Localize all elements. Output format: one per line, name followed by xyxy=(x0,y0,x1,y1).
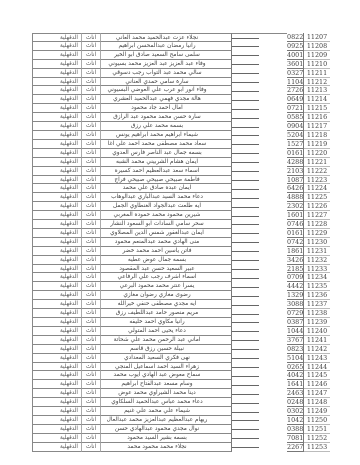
code-cell: 2302 xyxy=(287,202,304,211)
gender-cell: اناث xyxy=(82,425,101,434)
governorate-cell: الدقهلية xyxy=(32,78,82,87)
code-cell: 3601 xyxy=(287,60,304,69)
empty-cell xyxy=(232,398,287,407)
empty-cell xyxy=(232,122,287,131)
empty-cell xyxy=(232,104,287,113)
gender-cell: اناث xyxy=(82,416,101,425)
code-cell: 0649 xyxy=(287,95,304,104)
name-cell: اماني عبد الرحمن محمد علي شحاتة xyxy=(101,336,232,345)
table-row: الدقهلية اناث وفاء انور ابو عرب علي العو… xyxy=(32,86,330,95)
name-cell: رانيا رمضان عبدالمحسن ابراهيم xyxy=(101,42,232,51)
gender-cell: اناث xyxy=(82,113,101,122)
id-cell: 11214 xyxy=(304,95,330,104)
gender-cell: اناث xyxy=(82,51,101,60)
empty-cell xyxy=(232,229,287,238)
gender-cell: اناث xyxy=(82,69,101,78)
name-cell: شيماء علي محمد علي غنيم xyxy=(101,407,232,416)
governorate-cell: الدقهلية xyxy=(32,389,82,398)
name-cell: اسماء اشرف رجب علي الرفاعي xyxy=(101,273,232,282)
id-cell: 11252 xyxy=(304,434,330,443)
empty-cell xyxy=(232,149,287,158)
table-row: الدقهلية اناث شيرين محمود محمد حموده الم… xyxy=(32,211,330,220)
governorate-cell: الدقهلية xyxy=(32,416,82,425)
code-cell: 3088 xyxy=(287,300,304,309)
code-cell: 0302 xyxy=(287,407,304,416)
gender-cell: اناث xyxy=(82,363,101,372)
governorate-cell: الدقهلية xyxy=(32,291,82,300)
name-cell: رضوى مغازي رضوان مغازي xyxy=(101,291,232,300)
empty-cell xyxy=(232,425,287,434)
governorate-cell: الدقهلية xyxy=(32,176,82,185)
gender-cell: اناث xyxy=(82,176,101,185)
empty-cell xyxy=(232,336,287,345)
gender-cell: اناث xyxy=(82,131,101,140)
governorate-cell: الدقهلية xyxy=(32,42,82,51)
id-cell: 11207 xyxy=(304,33,330,42)
governorate-cell: الدقهلية xyxy=(32,273,82,282)
id-cell: 11217 xyxy=(304,122,330,131)
governorate-cell: الدقهلية xyxy=(32,86,82,95)
table-row: الدقهلية اناث ريهام عبدالعظيم عبدالعزيز … xyxy=(32,416,330,425)
empty-cell xyxy=(232,238,287,247)
governorate-cell: الدقهلية xyxy=(32,184,82,193)
id-cell: 11210 xyxy=(304,60,330,69)
name-cell: سالي محمد عبد التواب رجب دسوقي xyxy=(101,69,232,78)
id-cell: 11235 xyxy=(304,282,330,291)
code-cell: 4042 xyxy=(287,371,304,380)
table-row: الدقهلية اناث نهى فكري السعيد المعدادي 5… xyxy=(32,354,330,363)
governorate-cell: الدقهلية xyxy=(32,167,82,176)
governorate-cell: الدقهلية xyxy=(32,193,82,202)
empty-cell xyxy=(232,300,287,309)
name-cell: نوال مجدي محمود عبدالهادي حسن xyxy=(101,425,232,434)
table-row: الدقهلية اناث زهراء السيد احمد اسماعيل ا… xyxy=(32,363,330,372)
id-cell: 11209 xyxy=(304,51,330,60)
table-row: الدقهلية اناث بسمه محمد علي رزق 0904 112… xyxy=(32,122,330,131)
empty-cell xyxy=(232,389,287,398)
table-row: الدقهلية اناث ايه مجدي مصطفى حنفي خيرالل… xyxy=(32,300,330,309)
code-cell: 0742 xyxy=(287,238,304,247)
id-cell: 11223 xyxy=(304,176,330,185)
id-cell: 11221 xyxy=(304,158,330,167)
name-cell: نجلاء عزت عبدالحميد محمد العاني xyxy=(101,33,232,42)
table-row: الدقهلية اناث فاطمة صبيحي صبيحي صبيحي فر… xyxy=(32,176,330,185)
governorate-cell: الدقهلية xyxy=(32,371,82,380)
name-cell: سحر سامي السادات ابو السعود النشار xyxy=(101,220,232,229)
gender-cell: اناث xyxy=(82,327,101,336)
governorate-cell: الدقهلية xyxy=(32,443,82,452)
table-row: الدقهلية اناث امال احمد جاد محمود 0721 1… xyxy=(32,104,330,113)
code-cell: 0388 xyxy=(287,425,304,434)
gender-cell: اناث xyxy=(82,140,101,149)
table-row: الدقهلية اناث منى الهادي محمد عبدالمنعم … xyxy=(32,238,330,247)
name-cell: نهى فكري السعيد المعدادي xyxy=(101,354,232,363)
name-cell: دعاء محمد عباس عبدالحميد السلكاوي xyxy=(101,398,232,407)
id-cell: 11240 xyxy=(304,327,330,336)
gender-cell: اناث xyxy=(82,443,101,452)
code-cell: 0822 xyxy=(287,33,304,42)
code-cell: 1601 xyxy=(287,211,304,220)
empty-cell xyxy=(232,282,287,291)
governorate-cell: الدقهلية xyxy=(32,140,82,149)
governorate-cell: الدقهلية xyxy=(32,380,82,389)
empty-cell xyxy=(232,95,287,104)
table-row: الدقهلية اناث شيماء ابراهيم محمد ابراهيم… xyxy=(32,131,330,140)
governorate-cell: الدقهلية xyxy=(32,327,82,336)
empty-cell xyxy=(232,60,287,69)
table-row: الدقهلية اناث دعاء محمد عباس عبدالحميد ا… xyxy=(32,398,330,407)
empty-cell xyxy=(232,69,287,78)
code-cell: 2726 xyxy=(287,86,304,95)
id-cell: 11236 xyxy=(304,291,330,300)
empty-cell xyxy=(232,51,287,60)
table-row: الدقهلية اناث اماني عبد الرحمن محمد علي … xyxy=(32,336,330,345)
gender-cell: اناث xyxy=(82,389,101,398)
name-cell: بسمه جمال عوض عطيه xyxy=(101,256,232,265)
empty-cell xyxy=(232,211,287,220)
gender-cell: اناث xyxy=(82,95,101,104)
code-cell: 1861 xyxy=(287,247,304,256)
governorate-cell: الدقهلية xyxy=(32,104,82,113)
id-cell: 11211 xyxy=(304,69,330,78)
governorate-cell: الدقهلية xyxy=(32,69,82,78)
table-row: الدقهلية اناث بسمه جمال عوض عطيه 3426 11… xyxy=(32,256,330,265)
code-cell: 0904 xyxy=(287,122,304,131)
table-row: الدقهلية اناث نبيلة حسين رزق قاسم 0823 1… xyxy=(32,345,330,354)
gender-cell: اناث xyxy=(82,345,101,354)
gender-cell: اناث xyxy=(82,309,101,318)
empty-cell xyxy=(232,407,287,416)
name-cell: امال احمد جاد محمود xyxy=(101,104,232,113)
gender-cell: اناث xyxy=(82,336,101,345)
empty-cell xyxy=(232,291,287,300)
governorate-cell: الدقهلية xyxy=(32,60,82,69)
code-cell: 0925 xyxy=(287,42,304,51)
code-cell: 0709 xyxy=(287,273,304,282)
empty-cell xyxy=(232,131,287,140)
table-row: الدقهلية اناث بسمه بشير السيد محمود 7081… xyxy=(32,434,330,443)
table-row: الدقهلية اناث سماح معوض عبد الهادي ايوب … xyxy=(32,371,330,380)
id-cell: 11237 xyxy=(304,300,330,309)
name-cell: فاتن ياسين احمد محمد خضر xyxy=(101,247,232,256)
governorate-cell: الدقهلية xyxy=(32,363,82,372)
governorate-cell: الدقهلية xyxy=(32,229,82,238)
name-cell: زهراء السيد احمد اسماعيل المنجي xyxy=(101,363,232,372)
governorate-cell: الدقهلية xyxy=(32,309,82,318)
empty-cell xyxy=(232,354,287,363)
id-cell: 11224 xyxy=(304,184,330,193)
table-row: الدقهلية اناث نجلاء عزت عبدالحميد محمد ا… xyxy=(32,33,330,42)
id-cell: 11249 xyxy=(304,407,330,416)
empty-cell xyxy=(232,416,287,425)
empty-cell xyxy=(232,256,287,265)
id-cell: 11242 xyxy=(304,345,330,354)
table-row: الدقهلية اناث رضوى مغازي رضوان مغازي 132… xyxy=(32,291,330,300)
name-cell: منى الهادي محمد عبدالمنعم محمود xyxy=(101,238,232,247)
gender-cell: اناث xyxy=(82,149,101,158)
name-cell: نجلاء محمد محمود محمد xyxy=(101,443,232,452)
name-cell: سارة سامي حمدي العناني xyxy=(101,78,232,87)
governorate-cell: الدقهلية xyxy=(32,265,82,274)
gender-cell: اناث xyxy=(82,256,101,265)
governorate-cell: الدقهلية xyxy=(32,398,82,407)
governorate-cell: الدقهلية xyxy=(32,247,82,256)
governorate-cell: الدقهلية xyxy=(32,95,82,104)
gender-cell: اناث xyxy=(82,238,101,247)
governorate-cell: الدقهلية xyxy=(32,256,82,265)
id-cell: 11251 xyxy=(304,425,330,434)
id-cell: 11229 xyxy=(304,229,330,238)
empty-cell xyxy=(232,193,287,202)
gender-cell: اناث xyxy=(82,184,101,193)
empty-cell xyxy=(232,247,287,256)
table-row: الدقهلية اناث وسام مسعد عبدالفتاح ابراهي… xyxy=(32,380,330,389)
table-row: الدقهلية اناث سلمى سامح السعيد صادق ابو … xyxy=(32,51,330,60)
code-cell: 2463 xyxy=(287,389,304,398)
code-cell: 6426 xyxy=(287,184,304,193)
empty-cell xyxy=(232,273,287,282)
governorate-cell: الدقهلية xyxy=(32,220,82,229)
id-cell: 11247 xyxy=(304,389,330,398)
name-cell: بسمه محمد علي رزق xyxy=(101,122,232,131)
name-cell: فاطمة صبيحي صبيحي صبيحي فراج xyxy=(101,176,232,185)
governorate-cell: الدقهلية xyxy=(32,211,82,220)
id-cell: 11243 xyxy=(304,354,330,363)
id-cell: 11231 xyxy=(304,247,330,256)
id-cell: 11220 xyxy=(304,149,330,158)
governorate-cell: الدقهلية xyxy=(32,202,82,211)
code-cell: 4442 xyxy=(287,282,304,291)
governorate-cell: الدقهلية xyxy=(32,51,82,60)
name-cell: بسمه جمال عبد الناصر فارس العدوي xyxy=(101,149,232,158)
table-row: الدقهلية اناث نجلاء محمد محمود محمد 2267… xyxy=(32,443,330,452)
table-row: الدقهلية اناث سالي محمد عبد التواب رجب د… xyxy=(32,69,330,78)
table-row: الدقهلية اناث اسماء اشرف رجب علي الرفاعي… xyxy=(32,273,330,282)
code-cell: 2267 xyxy=(287,443,304,452)
gender-cell: اناث xyxy=(82,122,101,131)
id-cell: 11246 xyxy=(304,380,330,389)
table-row: الدقهلية اناث نوال مجدي محمود عبدالهادي … xyxy=(32,425,330,434)
empty-cell xyxy=(232,184,287,193)
code-cell: 0585 xyxy=(287,113,304,122)
empty-cell xyxy=(232,318,287,327)
empty-cell xyxy=(232,113,287,122)
code-cell: 1527 xyxy=(287,140,304,149)
empty-cell xyxy=(232,140,287,149)
governorate-cell: الدقهلية xyxy=(32,300,82,309)
empty-cell xyxy=(232,167,287,176)
empty-cell xyxy=(232,158,287,167)
name-cell: يسرا عنتر محمد محمود البرعي xyxy=(101,282,232,291)
gender-cell: اناث xyxy=(82,220,101,229)
code-cell: 4001 xyxy=(287,51,304,60)
code-cell: 1044 xyxy=(287,327,304,336)
code-cell: 0729 xyxy=(287,309,304,318)
table-row: الدقهلية اناث ايمان هشام الشربيني محمد ا… xyxy=(32,158,330,167)
table-row: الدقهلية اناث رانيا مكاوي احمد خليفه 038… xyxy=(32,318,330,327)
id-cell: 11212 xyxy=(304,78,330,87)
gender-cell: اناث xyxy=(82,291,101,300)
empty-cell xyxy=(232,42,287,51)
name-cell: سماح معوض عبد الهادي ايوب محمد xyxy=(101,371,232,380)
governorate-cell: الدقهلية xyxy=(32,336,82,345)
governorate-cell: الدقهلية xyxy=(32,318,82,327)
name-cell: ريهام عبدالعظيم عبدالعزيز محمد عبدالعال xyxy=(101,416,232,425)
name-cell: مريم منصور حامد عبداللطيف رزق xyxy=(101,309,232,318)
code-cell: 1087 xyxy=(287,176,304,185)
gender-cell: اناث xyxy=(82,407,101,416)
empty-cell xyxy=(232,220,287,229)
governorate-cell: الدقهلية xyxy=(32,238,82,247)
name-cell: سعاد محمد مصطفى محمد احمد علي اغا xyxy=(101,140,232,149)
id-cell: 11219 xyxy=(304,140,330,149)
table-row: الدقهلية اناث دعاء محمد السيد عبدالباري … xyxy=(32,193,330,202)
code-cell: 0248 xyxy=(287,398,304,407)
name-cell: ساره حسن محمد محمود عبد الرازق xyxy=(101,113,232,122)
code-cell: 5204 xyxy=(287,131,304,140)
empty-cell xyxy=(232,33,287,42)
gender-cell: اناث xyxy=(82,60,101,69)
name-cell: نبيلة حسين رزق قاسم xyxy=(101,345,232,354)
id-cell: 11244 xyxy=(304,363,330,372)
gender-cell: اناث xyxy=(82,434,101,443)
code-cell: 0823 xyxy=(287,345,304,354)
code-cell: 0265 xyxy=(287,363,304,372)
gender-cell: اناث xyxy=(82,300,101,309)
governorate-cell: الدقهلية xyxy=(32,345,82,354)
name-cell: ايه طلعت عبدالجواد الغنطاوي الجمل xyxy=(101,202,232,211)
id-cell: 11213 xyxy=(304,86,330,95)
gender-cell: اناث xyxy=(82,282,101,291)
name-cell: شيرين محمود محمد حموده المغربي xyxy=(101,211,232,220)
name-cell: ايمان هشام الشربيني محمد الشبه xyxy=(101,158,232,167)
gender-cell: اناث xyxy=(82,33,101,42)
table-row: الدقهلية اناث هالة مجدي فهمي عبدالحميد ا… xyxy=(32,95,330,104)
records-table: الدقهلية اناث نجلاء عزت عبدالحميد محمد ا… xyxy=(32,33,330,452)
name-cell: سلمى سامح السعيد صادق ابو الخير xyxy=(101,51,232,60)
id-cell: 11245 xyxy=(304,371,330,380)
id-cell: 11248 xyxy=(304,398,330,407)
gender-cell: اناث xyxy=(82,193,101,202)
gender-cell: اناث xyxy=(82,78,101,87)
governorate-cell: الدقهلية xyxy=(32,113,82,122)
governorate-cell: الدقهلية xyxy=(32,122,82,131)
name-cell: ايمان عبدالغفور شمس الدين المصلاوي xyxy=(101,229,232,238)
code-cell: 0161 xyxy=(287,149,304,158)
table-row: الدقهلية اناث ايه طلعت عبدالجواد الغنطاو… xyxy=(32,202,330,211)
code-cell: 3767 xyxy=(287,336,304,345)
gender-cell: اناث xyxy=(82,229,101,238)
governorate-cell: الدقهلية xyxy=(32,149,82,158)
table-row: الدقهلية اناث مريم منصور حامد عبداللطيف … xyxy=(32,309,330,318)
gender-cell: اناث xyxy=(82,398,101,407)
gender-cell: اناث xyxy=(82,167,101,176)
gender-cell: اناث xyxy=(82,104,101,113)
gender-cell: اناث xyxy=(82,158,101,167)
table-row: الدقهلية اناث سارة سامي حمدي العناني 110… xyxy=(32,78,330,87)
code-cell: 1329 xyxy=(287,291,304,300)
gender-cell: اناث xyxy=(82,265,101,274)
table-row: الدقهلية اناث يسرا عنتر محمد محمود البرع… xyxy=(32,282,330,291)
code-cell: 4888 xyxy=(287,193,304,202)
code-cell: 0387 xyxy=(287,318,304,327)
code-cell: 0746 xyxy=(287,220,304,229)
code-cell: 4288 xyxy=(287,158,304,167)
code-cell: 0721 xyxy=(287,104,304,113)
name-cell: بسمه بشير السيد محمود xyxy=(101,434,232,443)
gender-cell: اناث xyxy=(82,318,101,327)
gender-cell: اناث xyxy=(82,273,101,282)
id-cell: 11250 xyxy=(304,416,330,425)
code-cell: 2185 xyxy=(287,265,304,274)
id-cell: 11226 xyxy=(304,202,330,211)
gender-cell: اناث xyxy=(82,371,101,380)
governorate-cell: الدقهلية xyxy=(32,158,82,167)
empty-cell xyxy=(232,380,287,389)
table-row: الدقهلية اناث ساره حسن محمد محمود عبد ال… xyxy=(32,113,330,122)
table-row: الدقهلية اناث عبير السعيد حسن عبد المقصو… xyxy=(32,265,330,274)
name-cell: وسام مسعد عبدالفتاح ابراهيم xyxy=(101,380,232,389)
code-cell: 1104 xyxy=(287,78,304,87)
empty-cell xyxy=(232,86,287,95)
governorate-cell: الدقهلية xyxy=(32,354,82,363)
name-cell: ايمان عبده صادق علي محمد xyxy=(101,184,232,193)
gender-cell: اناث xyxy=(82,86,101,95)
id-cell: 11215 xyxy=(304,104,330,113)
name-cell: عبير السعيد حسن عبد المقصود xyxy=(101,265,232,274)
code-cell: 3426 xyxy=(287,256,304,265)
table-row: الدقهلية اناث سعاد محمد مصطفى محمد احمد … xyxy=(32,140,330,149)
name-cell: اسماء سعد عبدالعظيم احمد كسيره xyxy=(101,167,232,176)
governorate-cell: الدقهلية xyxy=(32,131,82,140)
id-cell: 11228 xyxy=(304,220,330,229)
governorate-cell: الدقهلية xyxy=(32,33,82,42)
empty-cell xyxy=(232,371,287,380)
empty-cell xyxy=(232,363,287,372)
governorate-cell: الدقهلية xyxy=(32,434,82,443)
empty-cell xyxy=(232,265,287,274)
gender-cell: اناث xyxy=(82,211,101,220)
code-cell: 0327 xyxy=(287,69,304,78)
id-cell: 11239 xyxy=(304,318,330,327)
id-cell: 11241 xyxy=(304,336,330,345)
gender-cell: اناث xyxy=(82,354,101,363)
empty-cell xyxy=(232,345,287,354)
table-row: الدقهلية اناث وفاء عبد العزيز عبد العزيز… xyxy=(32,60,330,69)
empty-cell xyxy=(232,434,287,443)
empty-cell xyxy=(232,202,287,211)
id-cell: 11222 xyxy=(304,167,330,176)
name-cell: شيماء ابراهيم محمد ابراهيم يونس xyxy=(101,131,232,140)
governorate-cell: الدقهلية xyxy=(32,407,82,416)
id-cell: 11234 xyxy=(304,273,330,282)
table-row: الدقهلية اناث شيماء علي محمد علي غنيم 03… xyxy=(32,407,330,416)
name-cell: دعاء يحيى احمد المتولي xyxy=(101,327,232,336)
table-row: الدقهلية اناث ايمان عبده صادق علي محمد 6… xyxy=(32,184,330,193)
name-cell: دعاء محمد السيد عبدالباري عبدالوهاب xyxy=(101,193,232,202)
table-row: الدقهلية اناث دينا محمد الشيراوي محمد عو… xyxy=(32,389,330,398)
table-row: الدقهلية اناث دعاء يحيى احمد المتولي 104… xyxy=(32,327,330,336)
name-cell: رانيا مكاوي احمد خليفه xyxy=(101,318,232,327)
governorate-cell: الدقهلية xyxy=(32,282,82,291)
id-cell: 11232 xyxy=(304,256,330,265)
name-cell: وفاء عبد العزيز عبد العزيز محمد بسيوني xyxy=(101,60,232,69)
empty-cell xyxy=(232,309,287,318)
id-cell: 11230 xyxy=(304,238,330,247)
code-cell: 7081 xyxy=(287,434,304,443)
code-cell: 5104 xyxy=(287,354,304,363)
id-cell: 11208 xyxy=(304,42,330,51)
